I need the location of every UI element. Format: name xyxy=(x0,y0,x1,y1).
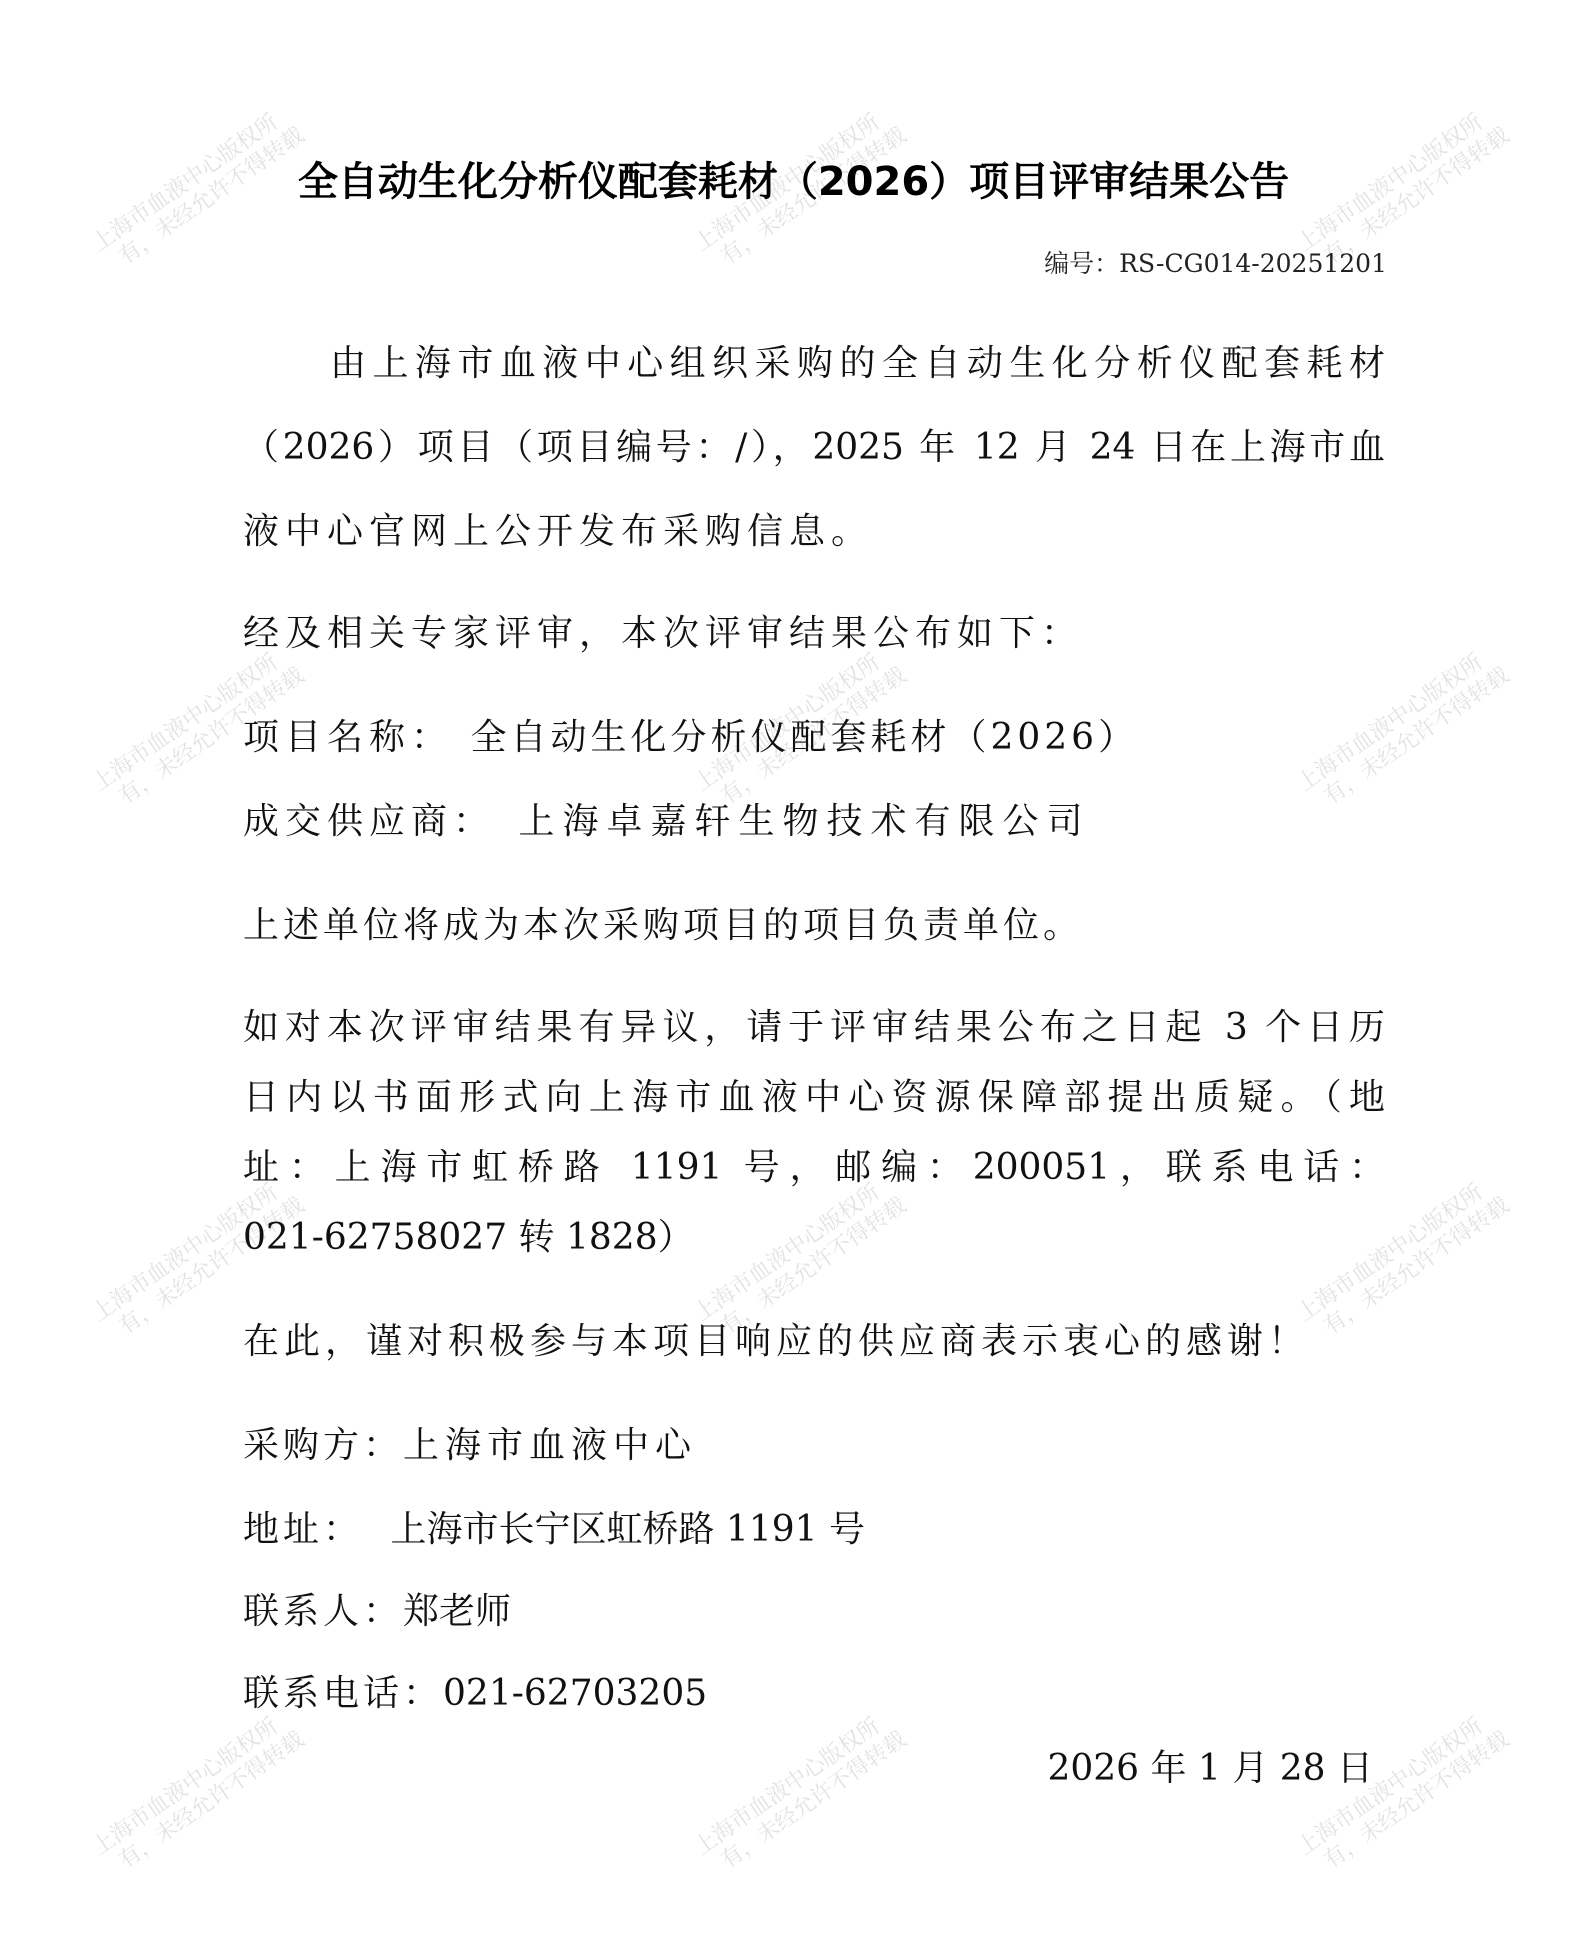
supplier-label: 成交供应商： xyxy=(243,801,495,842)
watermark: 上海市血液中心版权所有，未经允许不得转载 xyxy=(690,1679,949,1882)
supplier-row: 成交供应商： 上海卓嘉轩生物技术有限公司 xyxy=(243,798,1090,846)
project-name-value: 全自动生化分析仪配套耗材（2026） xyxy=(470,717,1138,758)
project-name-label: 项目名称： xyxy=(243,717,453,758)
responsibility-statement: 上述单位将成为本次采购项目的项目负责单位。 xyxy=(243,902,1083,950)
contact-person-value: 郑老师 xyxy=(403,1591,511,1632)
thanks-statement: 在此，谨对积极参与本项目响应的供应商表示衷心的感谢！ xyxy=(243,1318,1309,1366)
intro-line-1: 由上海市血液中心组织采购的全自动生化分析仪配套耗材 xyxy=(330,340,1385,388)
objection-line-2: 日内以书面形式向上海市血液中心资源保障部提出质疑。（地 xyxy=(243,1074,1385,1122)
document-number: 编号：RS-CG014-20251201 xyxy=(1044,244,1387,284)
intro-line-2: （2026）项目（项目编号：/），2025 年 12 月 24 日在上海市血 xyxy=(243,424,1385,472)
watermark: 上海市血液中心版权所有，未经允许不得转载 xyxy=(1293,615,1552,818)
objection-line-3: 址：上海市虹桥路 1191 号，邮编：200051，联系电话： xyxy=(243,1144,1385,1192)
contact-person-label: 联系人： xyxy=(243,1591,403,1632)
address-row: 地址： 上海市长宁区虹桥路 1191 号 xyxy=(243,1506,865,1554)
purchaser-row: 采购方：上海市血液中心 xyxy=(243,1422,697,1470)
page-title: 全自动生化分析仪配套耗材（2026）项目评审结果公告 xyxy=(0,154,1587,210)
phone-value: 021-62703205 xyxy=(443,1673,707,1714)
purchaser-value: 上海市血液中心 xyxy=(403,1425,697,1466)
review-statement: 经及相关专家评审，本次评审结果公布如下： xyxy=(243,610,1083,658)
contact-person-row: 联系人：郑老师 xyxy=(243,1588,511,1636)
address-label: 地址： xyxy=(243,1509,363,1550)
project-name-row: 项目名称： 全自动生化分析仪配套耗材（2026） xyxy=(243,714,1138,762)
phone-label: 联系电话： xyxy=(243,1673,443,1714)
supplier-value: 上海卓嘉轩生物技术有限公司 xyxy=(518,801,1090,842)
document-page: 上海市血液中心版权所有，未经允许不得转载 上海市血液中心版权所有，未经允许不得转… xyxy=(0,0,1587,1958)
phone-row: 联系电话：021-62703205 xyxy=(243,1670,707,1718)
purchaser-label: 采购方： xyxy=(243,1425,403,1466)
intro-line-3: 液中心官网上公开发布采购信息。 xyxy=(243,508,873,556)
address-value: 上海市长宁区虹桥路 1191 号 xyxy=(390,1509,865,1550)
publish-date: 2026 年 1 月 28 日 xyxy=(1047,1745,1373,1793)
objection-line-4: 021-62758027 转 1828） xyxy=(243,1214,694,1262)
objection-line-1: 如对本次评审结果有异议，请于评审结果公布之日起 3 个日历 xyxy=(243,1004,1385,1052)
